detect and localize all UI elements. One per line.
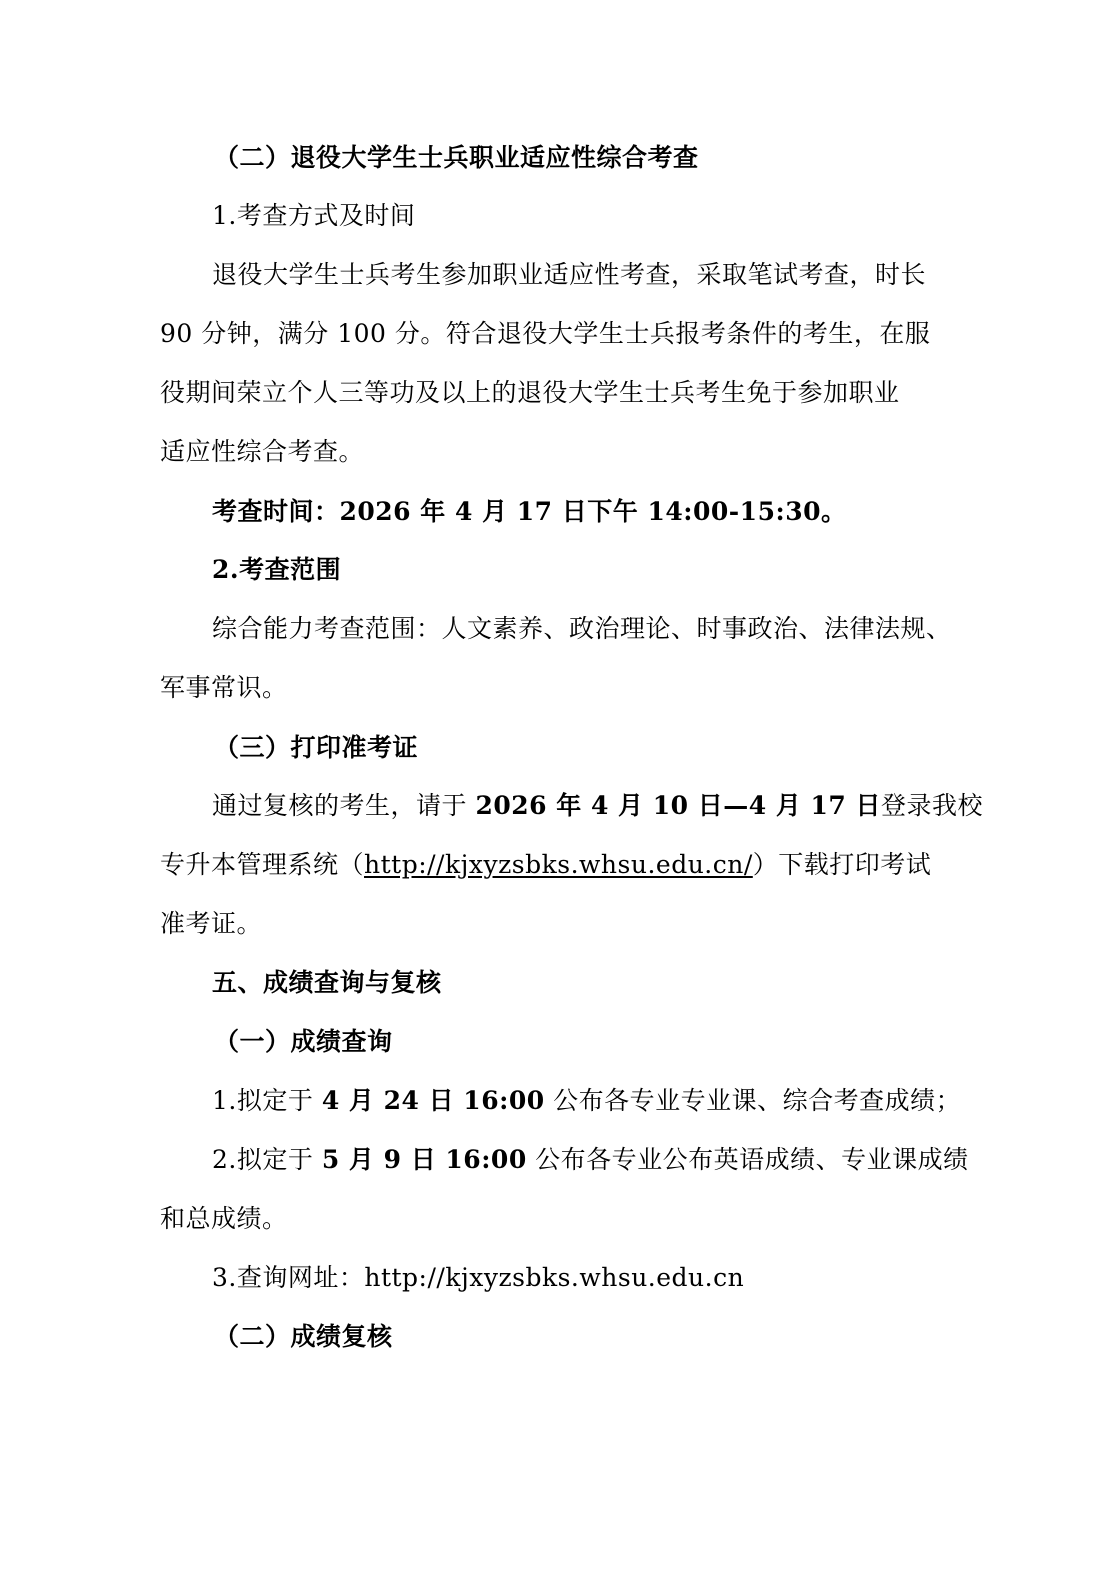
item-heading-scope: 2.考查范围: [212, 554, 1012, 586]
system-link[interactable]: http://kjxyzsbks.whsu.edu.cn/: [364, 850, 753, 879]
section-heading-score-review: （二）成绩复核: [214, 1321, 1014, 1353]
paragraph-line: 役期间荣立个人三等功及以上的退役大学生士兵考生免于参加职业: [160, 377, 960, 409]
text: 通过复核的考生，请于: [212, 791, 475, 820]
list-item: 2.拟定于 5 月 9 日 16:00 公布各专业公布英语成绩、专业课成绩: [212, 1144, 1012, 1176]
item-heading-method-time: 1.考查方式及时间: [212, 200, 1012, 232]
section-heading-score-query: （一）成绩查询: [214, 1026, 1014, 1058]
text: ）下载打印考试: [753, 850, 932, 879]
query-url: http://kjxyzsbks.whsu.edu.cn: [364, 1263, 744, 1292]
text: 公布各专业专业课、综合考查成绩；: [545, 1086, 961, 1115]
text: 登录我校: [881, 791, 983, 820]
document-page: （二）退役大学生士兵职业适应性综合考查 1.考查方式及时间 退役大学生士兵考生参…: [0, 0, 1112, 1580]
paragraph-line: 专升本管理系统（http://kjxyzsbks.whsu.edu.cn/）下载…: [160, 849, 960, 881]
paragraph-line: 军事常识。: [160, 672, 960, 704]
text: 1.拟定于: [212, 1086, 322, 1115]
paragraph-line: 退役大学生士兵考生参加职业适应性考查，采取笔试考查，时长: [212, 259, 1012, 291]
paragraph-line: 综合能力考查范围：人文素养、政治理论、时事政治、法律法规、: [212, 613, 1012, 645]
paragraph-line: 90 分钟，满分 100 分。符合退役大学生士兵报考条件的考生，在服: [160, 318, 960, 350]
section-heading-veteran-assessment: （二）退役大学生士兵职业适应性综合考查: [214, 142, 1014, 174]
date: 5 月 9 日 16:00: [322, 1145, 527, 1174]
section-heading-print-admission: （三）打印准考证: [214, 732, 1014, 764]
text: 专升本管理系统（: [160, 850, 364, 879]
text: 2.拟定于: [212, 1145, 322, 1174]
list-item: 1.拟定于 4 月 24 日 16:00 公布各专业专业课、综合考查成绩；: [212, 1085, 1012, 1117]
paragraph-line: 适应性综合考查。: [160, 436, 960, 468]
paragraph-line: 准考证。: [160, 908, 960, 940]
paragraph-line: 和总成绩。: [160, 1203, 960, 1235]
paragraph-line: 通过复核的考生，请于 2026 年 4 月 10 日—4 月 17 日登录我校: [212, 790, 1012, 822]
date: 4 月 24 日 16:00: [322, 1086, 545, 1115]
date-range: 2026 年 4 月 10 日—4 月 17 日: [475, 791, 881, 820]
text: 3.查询网址：: [212, 1263, 364, 1292]
list-item: 3.查询网址：http://kjxyzsbks.whsu.edu.cn: [212, 1262, 1012, 1294]
chapter-heading-score-query-review: 五、成绩查询与复核: [212, 967, 1012, 999]
text: 公布各专业公布英语成绩、专业课成绩: [527, 1145, 969, 1174]
exam-time: 考查时间：2026 年 4 月 17 日下午 14:00-15:30。: [212, 496, 1012, 528]
